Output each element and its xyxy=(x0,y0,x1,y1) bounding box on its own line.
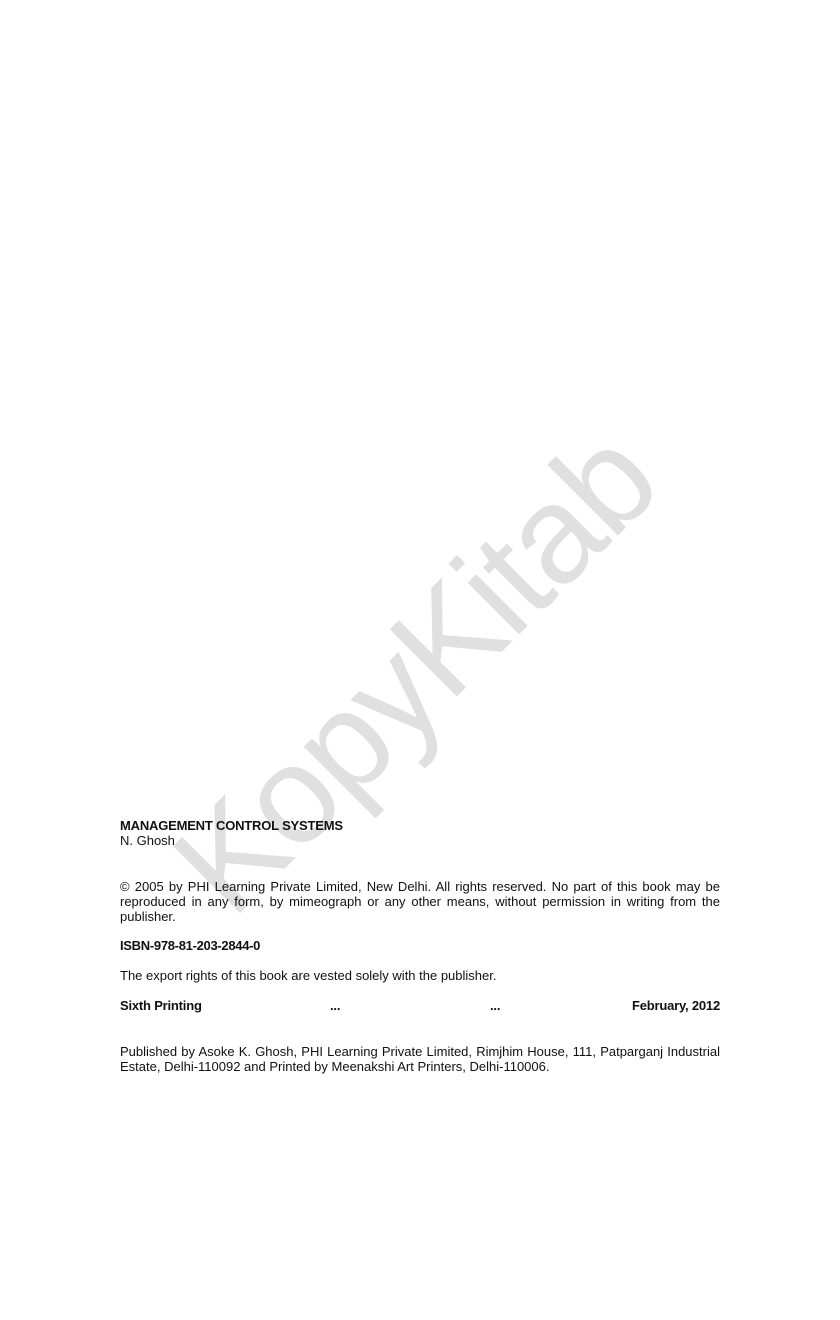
printing-separator-2: ... xyxy=(490,998,610,1013)
printing-line: Sixth Printing ... ... February, 2012 xyxy=(120,998,720,1013)
imprint-page: MANAGEMENT CONTROL SYSTEMS N. Ghosh © 20… xyxy=(120,818,720,1074)
printing-date: February, 2012 xyxy=(610,998,720,1013)
book-title: MANAGEMENT CONTROL SYSTEMS xyxy=(120,818,720,833)
book-author: N. Ghosh xyxy=(120,833,720,848)
publisher-info: Published by Asoke K. Ghosh, PHI Learnin… xyxy=(120,1044,720,1074)
isbn: ISBN-978-81-203-2844-0 xyxy=(120,938,720,953)
copyright-notice: © 2005 by PHI Learning Private Limited, … xyxy=(120,879,720,924)
export-rights-notice: The export rights of this book are veste… xyxy=(120,968,720,983)
printing-separator-1: ... xyxy=(330,998,490,1013)
printing-edition: Sixth Printing xyxy=(120,998,330,1013)
